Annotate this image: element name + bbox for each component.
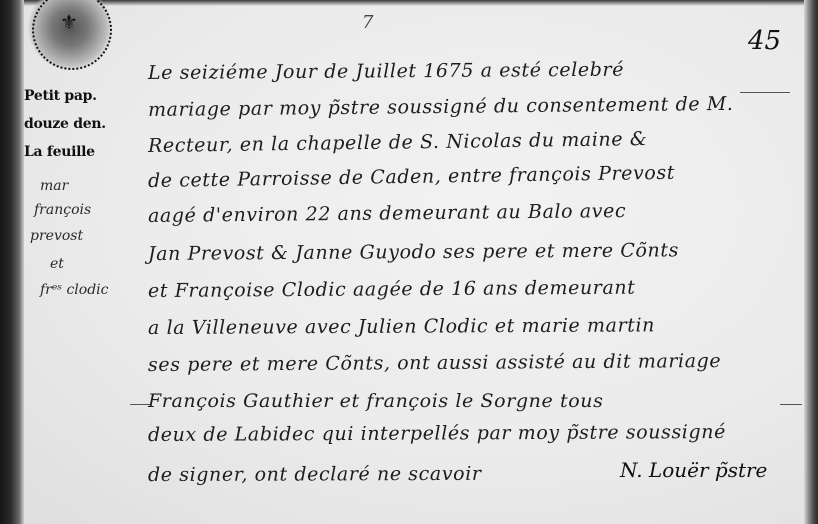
entry-line-6: Jan Prevost & Janne Guyodo ses pere et m… [148,239,679,265]
line-filler-2 [130,404,150,405]
fleur-de-lis-icon: ⚜ [60,12,78,32]
line-filler-1 [740,92,790,93]
margin-tax-line-3: La feuille [24,144,95,160]
binding-shadow [0,0,24,524]
line-filler-3 [780,404,802,405]
archive-stamp: ⚜ [28,0,112,70]
page-top-edge [0,0,818,6]
margin-conjunction: et [50,256,64,272]
register-page: ⚜ 7 45 Petit pap. douze den. La feuille … [0,0,818,524]
margin-tax-line-1: Petit pap. [24,88,97,104]
entry-line-11: deux de Labidec qui interpellés par moy … [148,421,726,446]
margin-tax-line-2: douze den. [24,116,106,132]
entry-line-2: mariage par moy p̃stre soussigné du cons… [148,93,734,121]
entry-line-3: Recteur, en la chapelle de S. Nicolas du… [148,128,648,157]
margin-bride: frᵉˢ clodic [40,282,109,298]
page-right-edge [804,0,818,524]
entry-line-8: a la Villeneuve avec Julien Clodic et ma… [148,314,655,339]
entry-line-5: aagé d'environ 22 ans demeurant au Balo … [148,200,626,227]
entry-line-4: de cette Parroisse de Caden, entre franç… [148,162,675,192]
priest-signature: N. Louër p̃stre [620,458,767,482]
entry-line-7: et Françoise Clodic aagée de 16 ans deme… [148,277,636,302]
margin-groom-first: françois [34,202,91,218]
margin-entry-type: mar [40,178,68,194]
entry-line-12: de signer, ont declaré ne scavoir [148,463,482,486]
margin-groom-last: prevost [30,228,83,244]
entry-line-1: Le seiziéme Jour de Juillet 1675 a esté… [148,59,624,84]
top-mark: 7 [362,12,373,33]
entry-line-10: François Gauthier et françois le Sorgne … [148,390,603,412]
folio-number: 45 [748,26,781,56]
entry-line-9: ses pere et mere Cõnts, ont aussi assist… [148,350,721,376]
